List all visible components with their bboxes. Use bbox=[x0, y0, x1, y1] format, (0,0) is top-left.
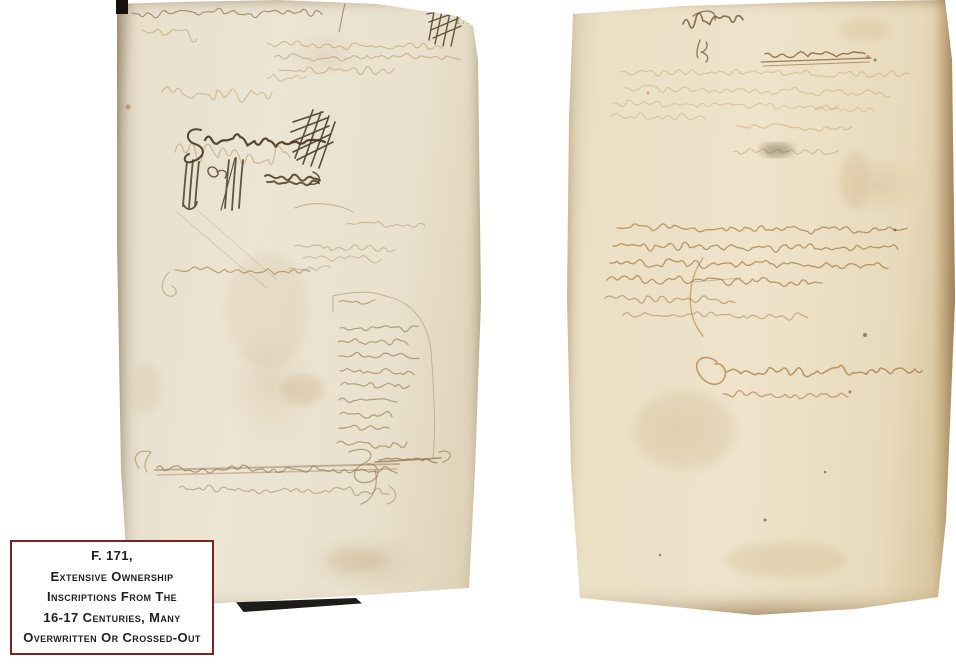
parchment-stains bbox=[635, 18, 890, 578]
inscription-bertrand-garnier-underlined bbox=[761, 52, 871, 67]
caption-box: F. 171, Extensive Ownership Inscriptions… bbox=[10, 540, 214, 655]
inscription-signature bbox=[697, 358, 922, 399]
corner-dark-marks bbox=[841, 0, 927, 12]
binding-edge-fragment bbox=[116, 0, 128, 14]
inscription-faint-upper-lines bbox=[162, 41, 460, 165]
parchment-stains bbox=[126, 105, 387, 572]
manuscript-page-left: 171 bbox=[117, 0, 481, 612]
inscription-crossed-strokes bbox=[183, 158, 243, 210]
inscription-dark-scribble-blob bbox=[265, 172, 320, 185]
inscription-top-line bbox=[132, 4, 345, 42]
caption-line-folio: F. 171, bbox=[12, 546, 212, 567]
caption-line: Inscriptions From The bbox=[12, 587, 212, 608]
caption-line: Overwritten Or Crossed-Out bbox=[12, 628, 212, 649]
inscription-center-paragraph bbox=[605, 224, 907, 336]
folio-number: 171 bbox=[455, 17, 472, 27]
caption-line: Extensive Ownership bbox=[12, 567, 212, 588]
inscription-bottom-crossed-lines bbox=[135, 449, 399, 504]
dark-specks bbox=[659, 59, 897, 557]
inscription-mid-faint-block bbox=[289, 221, 425, 270]
left-page-inscriptions: 171 bbox=[117, 0, 481, 612]
inscription-upper-faint-paragraph bbox=[611, 70, 910, 155]
ink-smudge bbox=[761, 143, 793, 157]
right-page-inscriptions bbox=[565, 0, 955, 616]
caption-line: 16-17 Centuries, Many bbox=[12, 608, 212, 629]
manuscript-photo-spread: 171 bbox=[0, 0, 956, 666]
inscription-crossed-final-item bbox=[375, 451, 450, 463]
inscription-verse-list bbox=[333, 292, 434, 458]
manuscript-page-right bbox=[565, 0, 955, 616]
inscription-top-scrawl bbox=[683, 11, 743, 62]
